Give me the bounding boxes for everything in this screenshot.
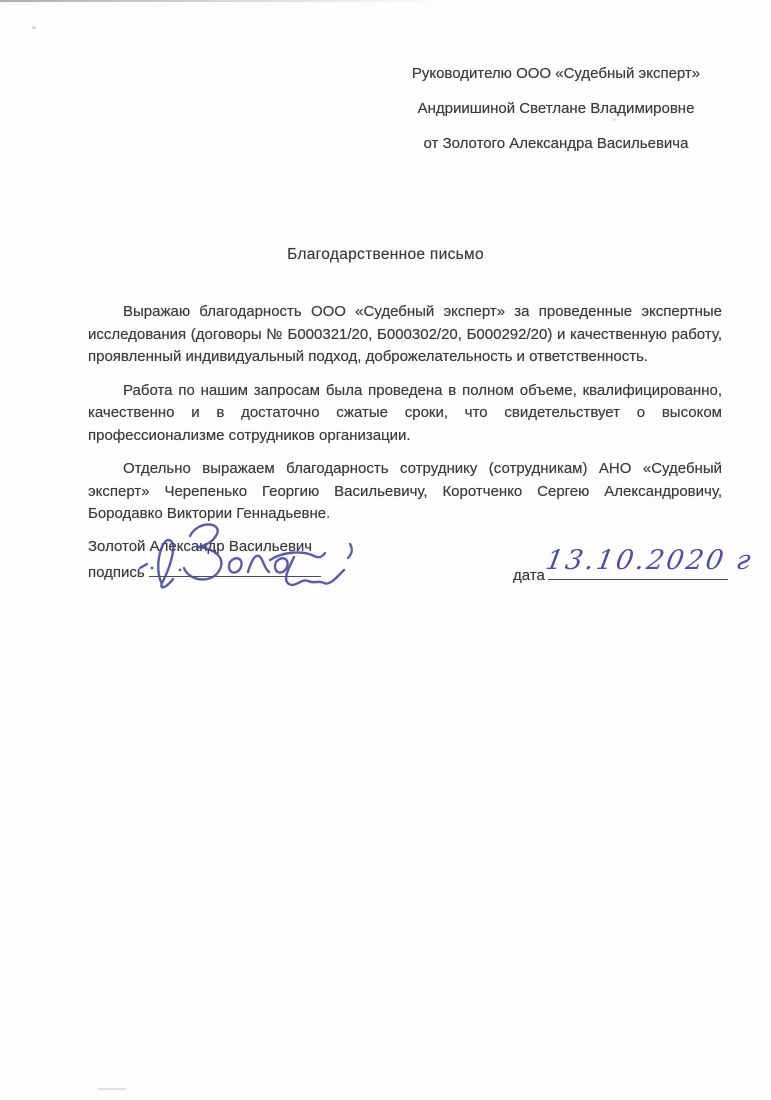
- body-paragraph-gratitude: Выражаю благодарность ООО «Судебный эксп…: [88, 301, 722, 369]
- letter-body: Выражаю благодарность ООО «Судебный эксп…: [88, 301, 722, 537]
- signature-line: [149, 561, 321, 577]
- date-label: дата: [513, 567, 545, 584]
- letter-page: Руководителю ООО «Судебный эксперт» Андр…: [0, 0, 771, 1100]
- scan-artifact-speck: [32, 26, 36, 29]
- handwritten-date: 13.10.2020 г: [543, 545, 755, 576]
- body-paragraph-staff: Отдельно выражаем благодарность сотрудни…: [88, 458, 722, 526]
- signature-row: подпись: [88, 561, 321, 581]
- body-paragraph-quality: Работа по нашим запросам была проведена …: [88, 380, 722, 448]
- signatory-name: Золотой Александр Васильевич: [88, 538, 312, 555]
- recipient-block: Руководителю ООО «Судебный эксперт» Андр…: [380, 56, 732, 161]
- signature-label: подпись: [88, 564, 145, 581]
- sender-line: от Золотого Александра Васильевича: [380, 126, 732, 161]
- recipient-line-name: Андриишиной Светлане Владимировне: [380, 91, 732, 126]
- letter-title: Благодарственное письмо: [0, 246, 771, 264]
- recipient-line-role: Руководителю ООО «Судебный эксперт»: [380, 56, 732, 91]
- scan-artifact-dash: [98, 1088, 126, 1090]
- scan-artifact-edge: [0, 0, 440, 2]
